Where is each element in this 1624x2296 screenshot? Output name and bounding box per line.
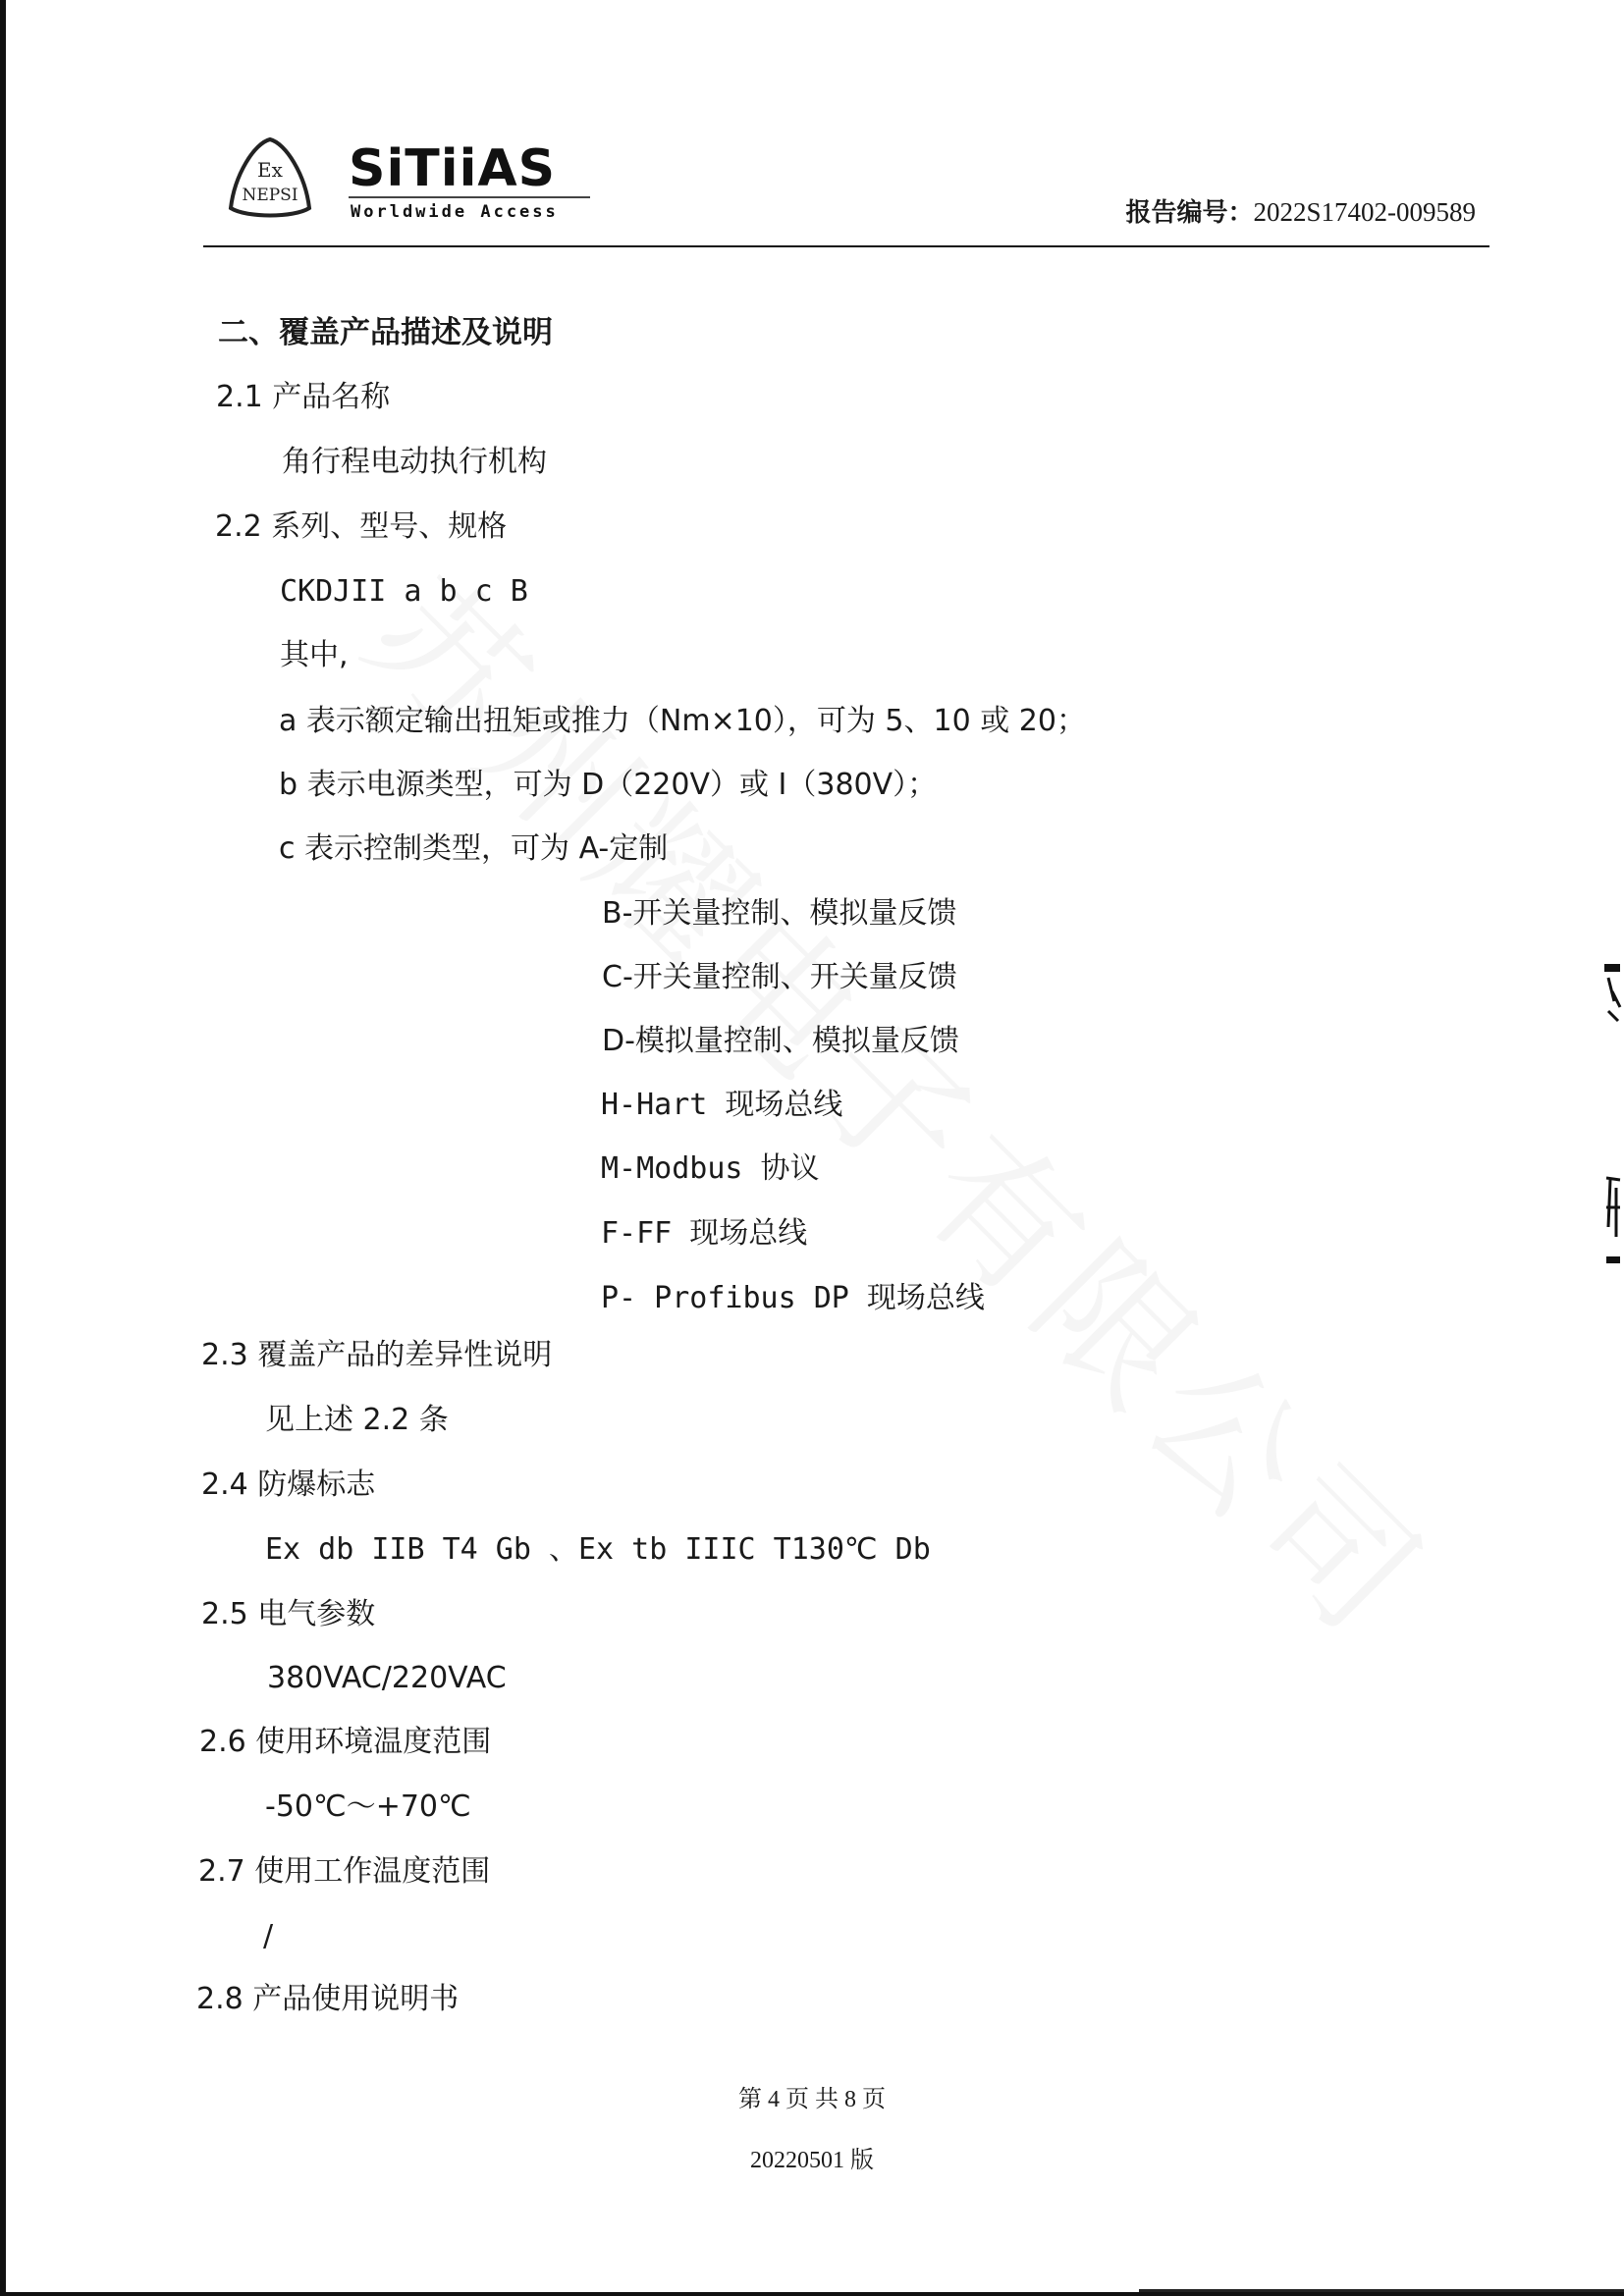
- item-heading-2-7: 2.7 使用工作温度范围: [198, 1855, 490, 1889]
- control-type-b: B-开关量控制、模拟量反馈: [602, 897, 956, 931]
- scan-edge-bottom-segment: [1139, 2289, 1624, 2292]
- logo-line1: Ex: [257, 158, 284, 182]
- scan-edge-left: [0, 0, 6, 2296]
- model-code: CKDJII a b c B: [280, 575, 528, 609]
- ex-marking: Ex db IIB T4 Gb 、Ex tb IIIC T130℃ Db: [265, 1533, 931, 1567]
- document-version: 20220501 版: [0, 2140, 1624, 2174]
- model-where: 其中,: [280, 639, 349, 672]
- control-type-c: C-开关量控制、开关量反馈: [602, 961, 957, 994]
- product-name: 角行程电动执行机构: [282, 446, 547, 479]
- control-type-d: D-模拟量控制、模拟量反馈: [602, 1025, 959, 1058]
- brand-tagline: Worldwide Access: [351, 202, 559, 222]
- ambient-temp-range: -50℃～+70℃: [265, 1790, 471, 1824]
- item-heading-2-1: 2.1 产品名称: [216, 381, 390, 414]
- difference-note: 见上述 2.2 条: [265, 1404, 449, 1437]
- item-heading-2-6: 2.6 使用环境温度范围: [199, 1726, 491, 1759]
- item-heading-2-8: 2.8 产品使用说明书: [196, 1983, 459, 2016]
- model-param-c: c 表示控制类型，可为 A-定制: [279, 832, 668, 866]
- control-type-f: F-FF 现场总线: [601, 1217, 807, 1251]
- report-number-label: 报告编号：: [1125, 198, 1253, 228]
- seal-fragment-icon: [1602, 962, 1624, 1276]
- brand-name: SiTiiAS: [349, 143, 556, 194]
- page-header: Ex NEPSI SiTiiAS Worldwide Access 报告编号：2…: [203, 128, 1489, 245]
- item-heading-2-4: 2.4 防爆标志: [201, 1468, 375, 1502]
- nepsi-logo-icon: Ex NEPSI: [225, 135, 315, 222]
- working-temp-range: /: [263, 1920, 273, 1953]
- item-heading-2-2: 2.2 系列、型号、规格: [215, 510, 507, 544]
- brand-divider: [349, 196, 590, 198]
- electrical-params: 380VAC/220VAC: [267, 1662, 507, 1695]
- item-heading-2-3: 2.3 覆盖产品的差异性说明: [201, 1339, 552, 1372]
- model-param-b: b 表示电源类型，可为 D（220V）或 I（380V）；: [279, 769, 937, 802]
- control-type-m: M-Modbus 协议: [601, 1152, 820, 1186]
- report-number: 报告编号：2022S17402-009589: [1125, 192, 1476, 229]
- page-number: 第 4 页 共 8 页: [0, 2079, 1624, 2113]
- control-type-p: P- Profibus DP 现场总线: [601, 1282, 985, 1315]
- model-param-a: a 表示额定输出扭矩或推力（Nm×10），可为 5、10 或 20；: [279, 705, 1086, 738]
- header-rule: [203, 245, 1489, 247]
- item-heading-2-5: 2.5 电气参数: [201, 1598, 375, 1631]
- report-number-value: 2022S17402-009589: [1253, 197, 1476, 227]
- scan-edge-bottom: [0, 2292, 1624, 2296]
- section-title: 二、覆盖产品描述及说明: [218, 316, 553, 349]
- logo-line2: NEPSI: [242, 186, 298, 205]
- control-type-h: H-Hart 现场总线: [601, 1089, 842, 1122]
- watermark-text: 苏州耀电子有限公司: [330, 524, 1480, 1674]
